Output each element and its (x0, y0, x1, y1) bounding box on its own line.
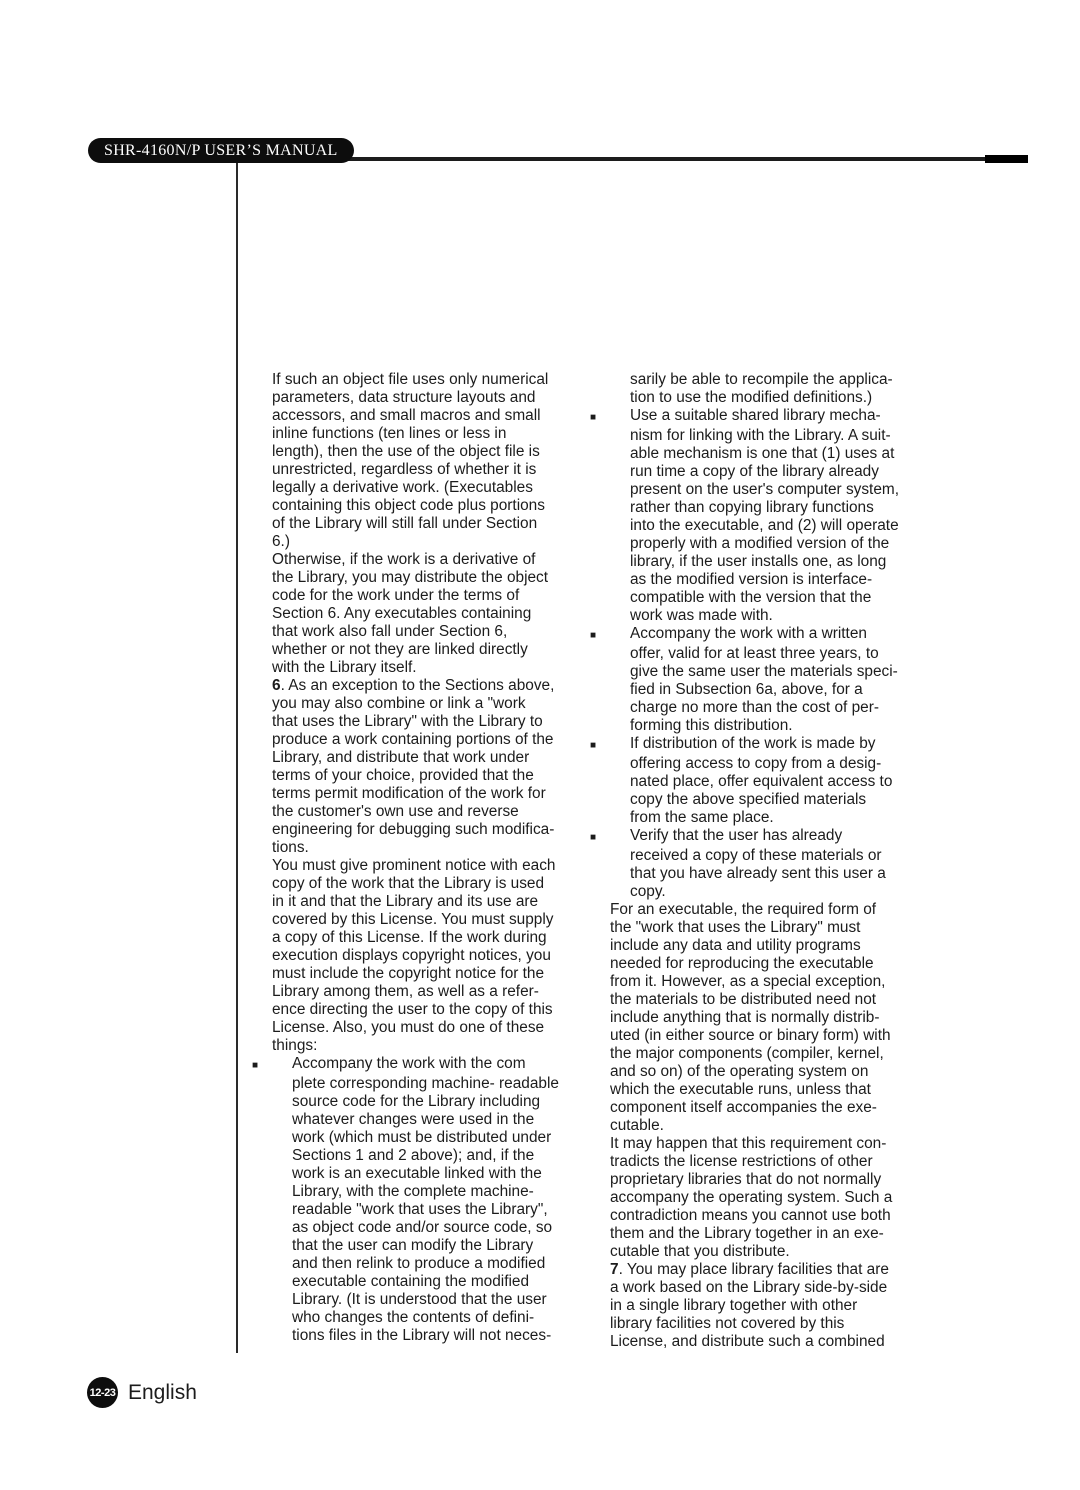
text-block: For an executable, the required form of … (610, 901, 958, 1135)
manual-title: SHR-4160N/P USER’S MANUAL (104, 142, 338, 160)
text-block: If such an object file uses only numeric… (272, 371, 604, 551)
bullet-icon: ■ (610, 829, 630, 847)
text-block: 7. You may place library facilities that… (610, 1261, 958, 1351)
block-text: Otherwise, if the work is a derivative o… (272, 551, 548, 676)
block-text: It may happen that this requirement con-… (610, 1135, 892, 1260)
block-text: You must give prominent notice with each… (272, 857, 555, 1054)
section-divider-line (236, 160, 238, 1353)
block-text: Accompany the work with a written offer,… (630, 625, 898, 734)
text-block: 6. As an exception to the Sections above… (272, 677, 604, 857)
text-block: Otherwise, if the work is a derivative o… (272, 551, 604, 677)
section-number: 6 (272, 677, 281, 694)
license-text-right-column: sarily be able to recompile the applica-… (610, 371, 958, 1351)
page-footer: 12-23 English (87, 1377, 197, 1408)
bullet-icon: ■ (272, 1057, 292, 1075)
block-text: For an executable, the required form of … (610, 901, 891, 1134)
text-block: It may happen that this requirement con-… (610, 1135, 958, 1261)
text-block: sarily be able to recompile the applica-… (610, 371, 958, 407)
text-block: You must give prominent notice with each… (272, 857, 604, 1055)
text-block: ■Verify that the user has already receiv… (610, 827, 958, 901)
language-label: English (128, 1381, 197, 1405)
bullet-icon: ■ (610, 627, 630, 645)
block-text: . You may place library facilities that … (610, 1261, 889, 1350)
block-text: If distribution of the work is made by o… (630, 735, 892, 826)
block-text: . As an exception to the Sections above,… (272, 677, 554, 856)
text-block: ■Accompany the work with the com plete c… (272, 1055, 604, 1345)
bullet-icon: ■ (610, 737, 630, 755)
manual-title-pill: SHR-4160N/P USER’S MANUAL (88, 138, 354, 163)
page-number-badge: 12-23 (87, 1377, 118, 1408)
text-block: ■Use a suitable shared library mecha- ni… (610, 407, 958, 625)
text-block: ■Accompany the work with a written offer… (610, 625, 958, 735)
text-block: ■If distribution of the work is made by … (610, 735, 958, 827)
block-text: sarily be able to recompile the applica-… (630, 371, 893, 406)
section-number: 7 (610, 1261, 619, 1278)
block-text: Accompany the work with the com plete co… (292, 1055, 559, 1344)
block-text: Use a suitable shared library mecha- nis… (630, 407, 899, 624)
block-text: Verify that the user has already receive… (630, 827, 886, 900)
block-text: If such an object file uses only numeric… (272, 371, 548, 550)
bullet-icon: ■ (610, 409, 630, 427)
license-text-left-column: If such an object file uses only numeric… (272, 371, 604, 1345)
page-number: 12-23 (90, 1387, 116, 1399)
header-rule-end-cap (985, 155, 1028, 163)
manual-page: SHR-4160N/P USER’S MANUAL If such an obj… (0, 0, 1080, 1490)
